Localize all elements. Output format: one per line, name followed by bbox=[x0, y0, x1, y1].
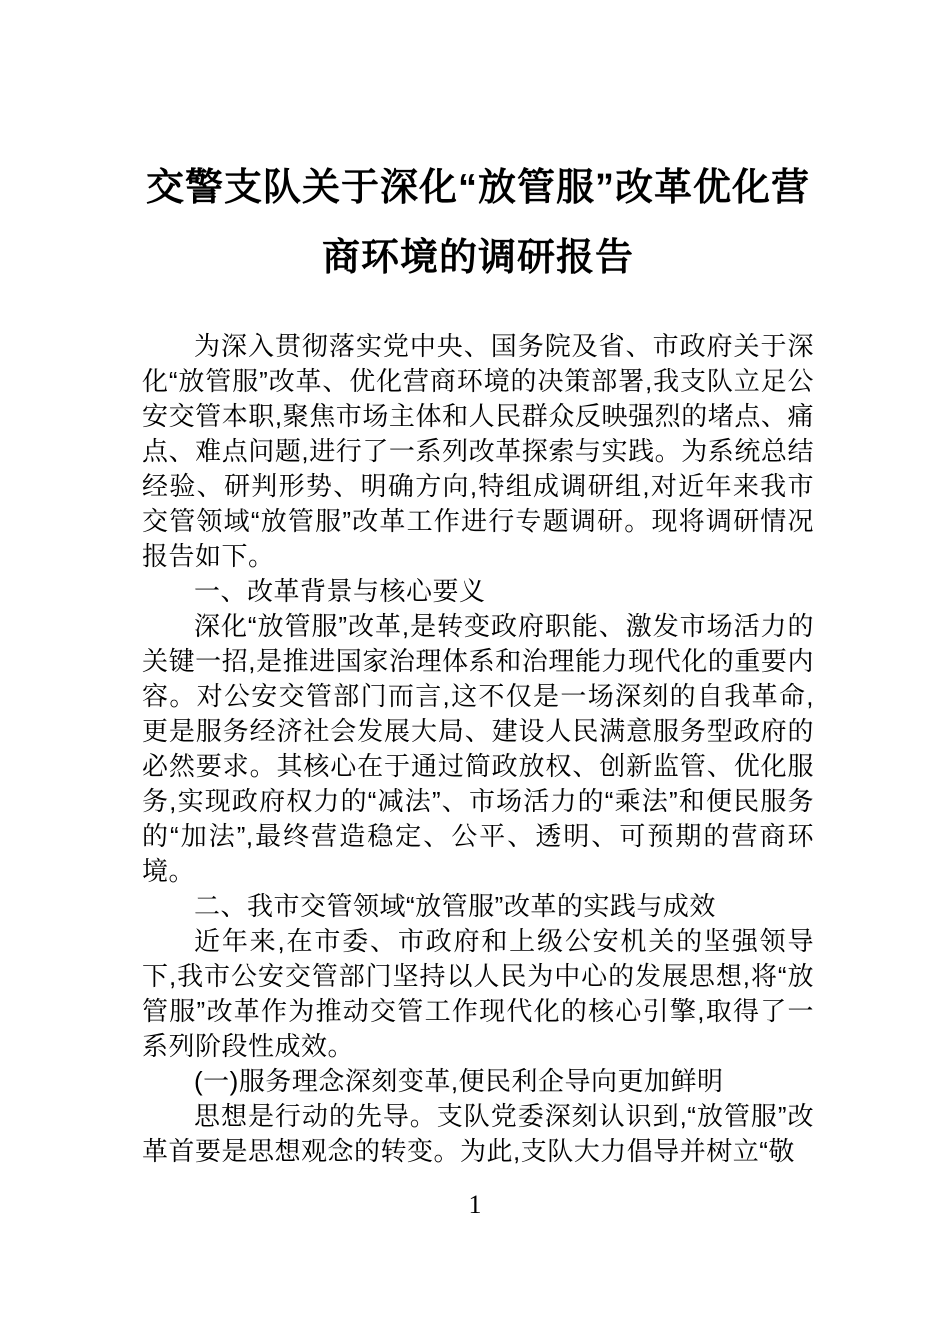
paragraph-intro: 为深入贯彻落实党中央、国务院及省、市政府关于深化“放管服”改革、优化营商环境的决… bbox=[142, 329, 814, 574]
subsection-heading-2-1: (一)服务理念深刻变革,便民利企导向更加鲜明 bbox=[142, 1064, 814, 1099]
paragraph-section-1: 深化“放管服”改革,是转变政府职能、激发市场活力的关键一招,是推进国家治理体系和… bbox=[142, 609, 814, 889]
paragraph-section-2: 近年来,在市委、市政府和上级公安机关的坚强领导下,我市公安交管部门坚持以人民为中… bbox=[142, 924, 814, 1064]
page-number: 1 bbox=[0, 1190, 950, 1220]
section-heading-2: 二、我市交管领域“放管服”改革的实践与成效 bbox=[142, 889, 814, 924]
document-title: 交警支队关于深化“放管服”改革优化营商环境的调研报告 bbox=[142, 0, 814, 293]
section-heading-1: 一、改革背景与核心要义 bbox=[142, 574, 814, 609]
document-body: 为深入贯彻落实党中央、国务院及省、市政府关于深化“放管服”改革、优化营商环境的决… bbox=[142, 329, 814, 1169]
document-page: 交警支队关于深化“放管服”改革优化营商环境的调研报告 为深入贯彻落实党中央、国务… bbox=[0, 0, 950, 1344]
paragraph-subsection-2-1: 思想是行动的先导。支队党委深刻认识到,“放管服”改革首要是思想观念的转变。为此,… bbox=[142, 1099, 814, 1169]
